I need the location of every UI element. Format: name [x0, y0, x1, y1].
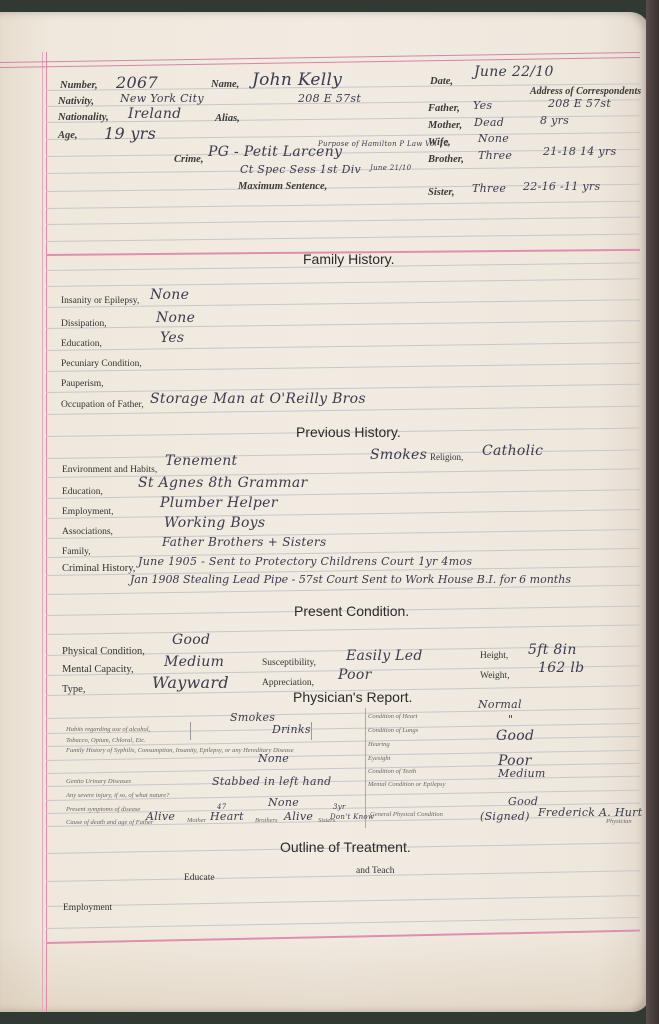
family-history-value: None — [150, 287, 189, 303]
educate-label: Educate — [184, 873, 215, 883]
hearing-label: Hearing — [368, 741, 390, 748]
weight-value: 162 lb — [538, 660, 584, 676]
family-history-label: Pecuniary Condition, — [61, 359, 142, 369]
heart-label: Condition of Heart — [368, 713, 417, 720]
signed-prefix: (Signed) — [480, 810, 530, 823]
general-condition-label: General Physical Condition — [370, 811, 443, 818]
report-divider — [365, 708, 366, 828]
number-label: Number, — [60, 80, 98, 91]
mother-value: Dead — [474, 116, 504, 129]
previous-history-value: Father Brothers + Sisters — [162, 535, 326, 549]
cause-of-death-label: Cause of death and age of Father — [66, 819, 153, 826]
margin-rule — [46, 52, 47, 1012]
weight-label: Weight, — [480, 671, 510, 681]
previous-history-value: Plumber Helper — [160, 495, 278, 511]
alias-label: Alias, — [215, 113, 240, 124]
previous-history-value: St Agnes 8th Grammar — [138, 475, 308, 491]
religion-value: Catholic — [482, 443, 543, 459]
wife-label: Wife, — [428, 137, 451, 148]
brothers-health-value: Alive — [284, 810, 313, 823]
previous-history-label: Family, — [62, 547, 91, 557]
hearing-value: Good — [496, 728, 534, 744]
max-sentence-label: Maximum Sentence, — [238, 181, 327, 192]
father-value: Yes — [473, 99, 492, 112]
name-label: Name, — [211, 79, 239, 90]
physical-condition-value: Good — [172, 632, 210, 648]
symptoms-value: None — [268, 796, 299, 809]
criminal-history-label: Criminal History, — [62, 563, 135, 574]
mother-note: 8 yrs — [540, 114, 569, 127]
lungs-value: " — [508, 713, 513, 726]
habits-value-1: Smokes — [230, 711, 275, 724]
crime-date: June 21/10 — [370, 164, 411, 172]
brothers-health-label: Brothers — [255, 817, 278, 824]
nationality-value: Ireland — [128, 106, 181, 122]
brother-label: Brother, — [428, 154, 464, 165]
mother-label: Mother, — [428, 120, 462, 131]
habits-note: Smokes — [370, 447, 427, 463]
teach-label: and Teach — [356, 866, 394, 876]
family-history-label: Dissipation, — [61, 319, 107, 329]
crime-line2: Ct Spec Sess 1st Div — [240, 163, 361, 176]
habits-label-1: Habits regarding use of alcohol, — [66, 726, 150, 733]
type-label: Type, — [62, 684, 85, 695]
family-history-value: Storage Man at O'Reilly Bros — [150, 391, 366, 407]
mother-health-value: Heart — [210, 810, 244, 823]
date-value: June 22/10 — [474, 64, 554, 80]
previous-history-title: Previous History. — [296, 424, 401, 440]
father-label: Father, — [428, 103, 460, 114]
religion-label: Religion, — [430, 452, 463, 462]
physician-title: Physician — [606, 818, 632, 825]
family-history-disease-value: None — [258, 752, 289, 765]
employment-label: Employment — [63, 903, 112, 913]
page-shadow — [0, 932, 650, 1012]
habits-label-2: Tobacco, Opium, Chloral, Etc. — [66, 737, 146, 744]
height-value: 5ft 8in — [528, 642, 577, 658]
type-value: Wayward — [152, 673, 229, 692]
mental-condition-value: Medium — [498, 767, 546, 780]
general-condition-value: Good — [508, 795, 538, 808]
injury-label: Any severe injury, if so, of what nature… — [66, 792, 169, 799]
previous-history-label: Education, — [62, 487, 103, 497]
family-history-title: Family History. — [303, 251, 395, 267]
number-value: 2067 — [116, 73, 158, 92]
outline-treatment-title: Outline of Treatment. — [280, 839, 411, 855]
previous-history-label: Associations, — [62, 527, 113, 537]
susceptibility-value: Easily Led — [346, 648, 423, 664]
sister-value: Three — [472, 182, 506, 195]
previous-history-label: Environment and Habits, — [62, 465, 157, 475]
name-address: 208 E 57st — [298, 92, 361, 105]
heart-value: Normal — [478, 698, 522, 711]
mother-health-label: Mother — [187, 817, 206, 824]
genito-label: Genito Urinary Diseases — [66, 778, 131, 785]
physical-condition-label: Physical Condition, — [62, 646, 145, 657]
appreciation-label: Appreciation, — [262, 678, 314, 688]
present-condition-title: Present Condition. — [294, 603, 409, 619]
family-history-label: Pauperism, — [61, 379, 103, 389]
eyesight-label: Eyesight — [368, 755, 390, 762]
family-history-label: Insanity or Epilepsy, — [61, 296, 139, 306]
wife-value: None — [478, 132, 509, 145]
crime-label: Crime, — [174, 154, 203, 165]
sister-ages: 22-16 -11 yrs — [523, 180, 600, 193]
father-health-value: Alive — [146, 810, 175, 823]
symptoms-label: Present symptoms of disease — [66, 806, 140, 813]
correspondents-label: Address of Correspondents — [530, 86, 641, 97]
family-history-label: Occupation of Father, — [61, 400, 144, 410]
age-value: 19 yrs — [104, 124, 156, 143]
lungs-label: Condition of Lungs — [368, 727, 418, 734]
injury-value: Stabbed in left hand — [212, 775, 332, 788]
family-history-label: Education, — [61, 339, 102, 349]
date-label: Date, — [430, 76, 453, 87]
previous-history-value: Tenement — [165, 453, 237, 469]
mental-condition-label: Mental Condition or Epilepsy — [368, 781, 445, 788]
nativity-label: Nativity, — [58, 96, 94, 107]
nationality-label: Nationality, — [58, 112, 109, 123]
sisters-health-value: Don't Know — [330, 813, 374, 821]
nativity-value: New York City — [120, 92, 204, 105]
sisters-age: 3yr — [333, 803, 346, 811]
criminal-history-line-2: Jan 1908 Stealing Lead Pipe - 57st Court… — [130, 573, 571, 586]
sister-label: Sister, — [428, 187, 455, 198]
physicians-report-title: Physician's Report. — [293, 689, 412, 705]
height-label: Height, — [480, 651, 508, 661]
previous-history-value: Working Boys — [164, 515, 265, 531]
family-history-value: None — [156, 310, 195, 326]
teeth-label: Condition of Teeth — [368, 768, 416, 775]
book-edge — [646, 0, 659, 1024]
mental-capacity-value: Medium — [164, 654, 224, 670]
age-label: Age, — [58, 130, 78, 141]
mental-capacity-label: Mental Capacity, — [62, 664, 134, 675]
brother-ages: 21-18 14 yrs — [543, 145, 616, 158]
criminal-history-line-1: June 1905 - Sent to Protectory Childrens… — [138, 555, 472, 568]
brother-value: Three — [478, 149, 512, 162]
habits-value-2: Drinks — [272, 723, 311, 736]
margin-rule-outer — [42, 52, 43, 1012]
susceptibility-label: Susceptibility, — [262, 658, 316, 668]
father-address: 208 E 57st — [548, 97, 611, 110]
previous-history-label: Employment, — [62, 507, 113, 517]
name-value: John Kelly — [252, 70, 342, 90]
family-history-value: Yes — [160, 330, 184, 346]
appreciation-value: Poor — [338, 667, 372, 683]
